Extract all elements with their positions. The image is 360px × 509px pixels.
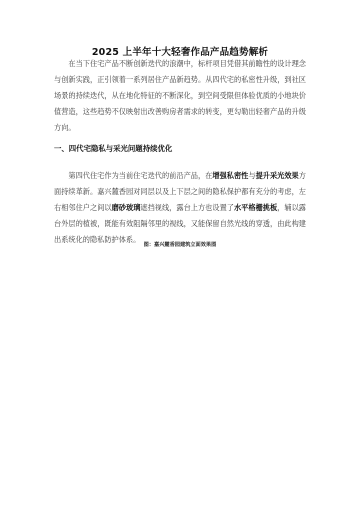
section-heading: 一、四代宅隐私与采光问题持续优化 — [54, 143, 172, 154]
text-run: 遮挡视线，露台上方也设置了 — [140, 203, 234, 212]
bold-term: 水平格栅挑板 — [234, 203, 277, 212]
text-run: 与 — [248, 171, 255, 180]
bold-term: 提升采光效果 — [256, 171, 299, 180]
document-page: 2025 上半年十大轻奢作品产品趋势解析 在当下住宅产品不断创新迭代的浪潮中，标… — [0, 0, 360, 509]
text-run: 第四代住宅作为当前住宅迭代的前沿产品，在 — [68, 171, 212, 180]
bold-term: 磨砂玻璃 — [112, 203, 141, 212]
figure-caption: 图：嘉兴麓香园建筑立面效果图 — [0, 241, 360, 248]
section-paragraph: 第四代住宅作为当前住宅迭代的前沿产品，在增强私密性与提升采光效果方面持续革新。嘉… — [54, 168, 306, 248]
bold-term: 增强私密性 — [212, 171, 248, 180]
intro-paragraph: 在当下住宅产品不断创新迭代的浪潮中，标杆项目凭借其前瞻性的设计理念与创新实践，正… — [54, 56, 306, 136]
